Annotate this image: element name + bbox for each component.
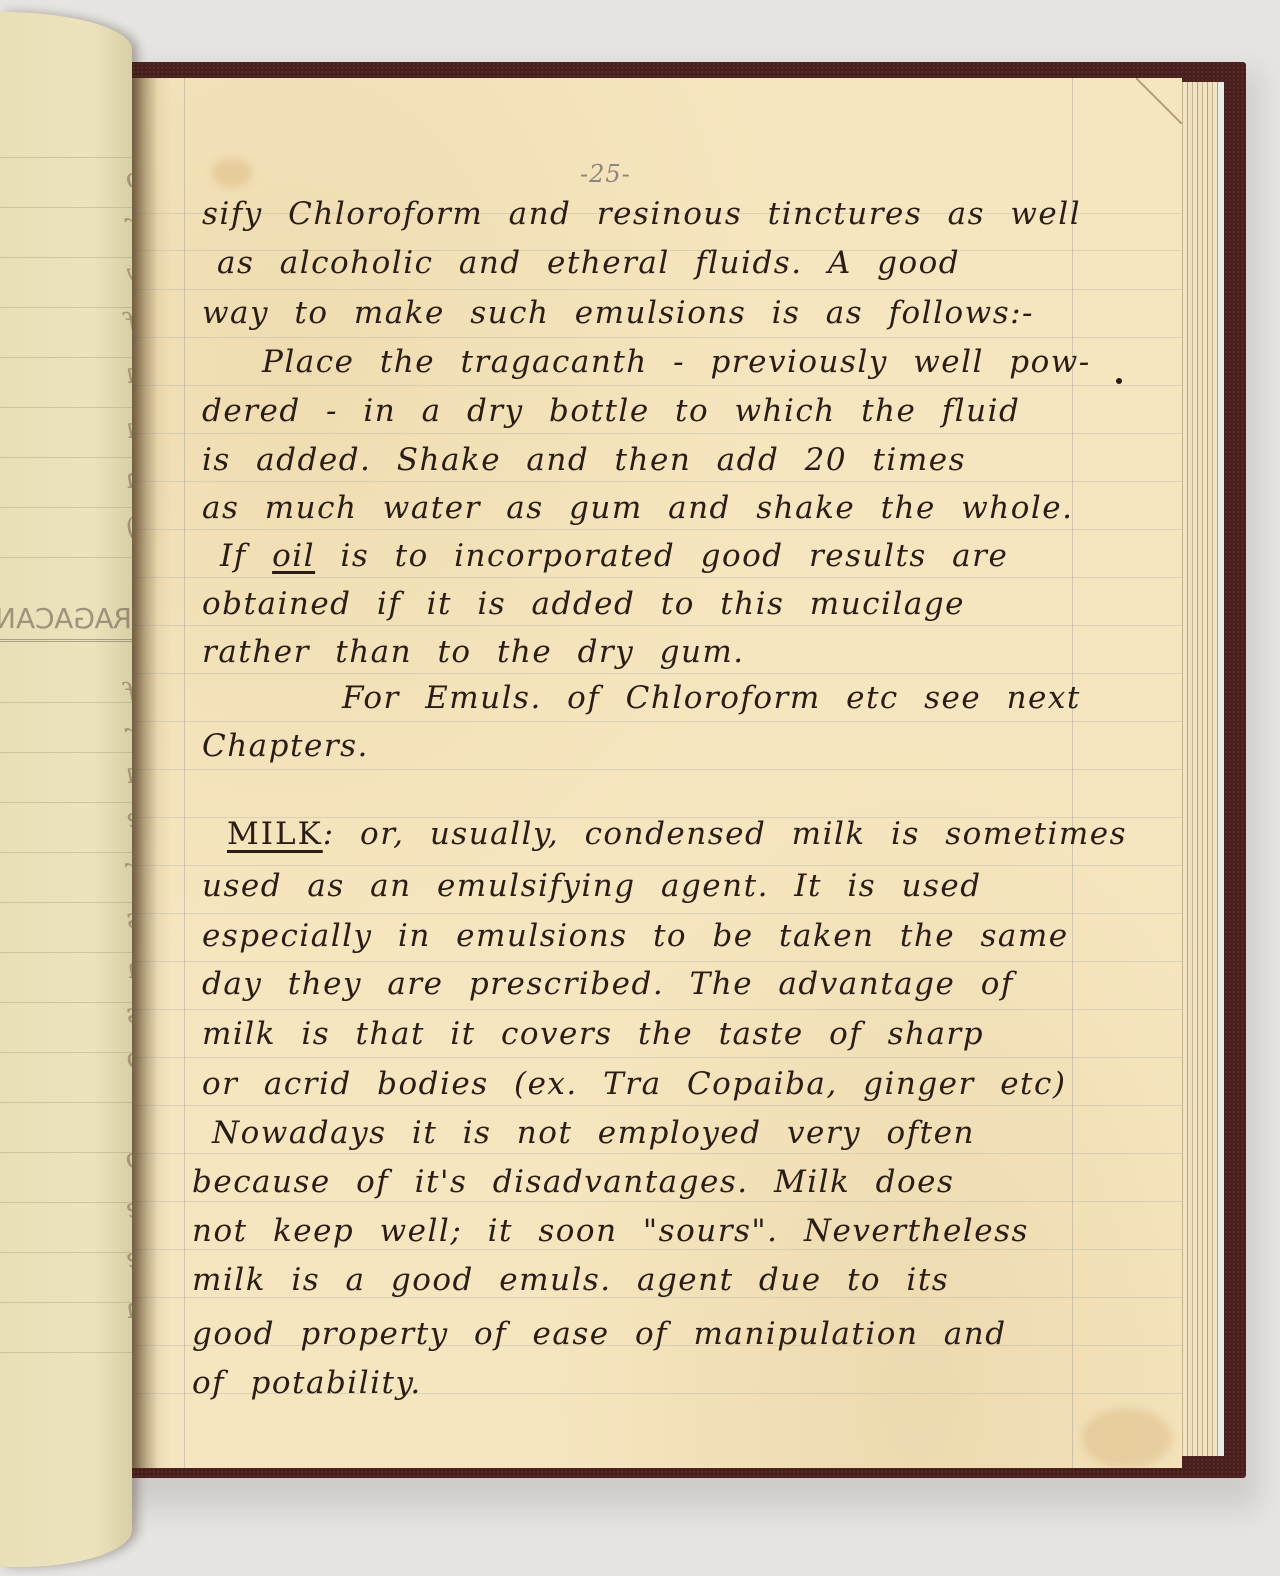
- handwritten-line: If oil is to incorporated good results a…: [220, 538, 1008, 574]
- handwritten-line: Chapters.: [202, 728, 369, 764]
- handwritten-line: dered - in a dry bottle to which the flu…: [202, 393, 1020, 429]
- section-heading-milk: MILK: [227, 816, 323, 852]
- facing-text-fragment: ust else: [126, 1242, 132, 1275]
- facing-text-fragment: ster. This: [126, 902, 132, 935]
- facing-ruled-line: [0, 457, 132, 458]
- facing-heading-fragment: RAGACAN: [0, 602, 132, 642]
- handwritten-line: way to make such emulsions is as follows…: [202, 295, 1034, 331]
- handwritten-line: Place the tragacanth - previously well p…: [262, 344, 1091, 380]
- facing-text-fragment: d. It is: [126, 997, 132, 1030]
- facing-ruled-line: [0, 1252, 132, 1253]
- handwritten-line: not keep well; it soon "sours". Neverthe…: [192, 1213, 1029, 1249]
- ruled-line: [132, 289, 1182, 290]
- handwritten-line: because of it's disadvantages. Milk does: [192, 1164, 954, 1200]
- ruled-line: [132, 961, 1182, 962]
- ruled-line: [132, 1105, 1182, 1106]
- facing-text-fragment: hild which: [126, 952, 132, 985]
- handwritten-line: as alcoholic and etheral fluids. A good: [217, 245, 960, 281]
- facing-ruled-line: [0, 852, 132, 853]
- ruled-line: [132, 337, 1182, 338]
- ruled-line: [132, 1009, 1182, 1010]
- facing-text-fragment: sub mea: [126, 412, 132, 445]
- ruled-line: [132, 385, 1182, 386]
- facing-text-fragment: y Liacer: [126, 207, 132, 240]
- handwritten-line: of potability.: [192, 1365, 422, 1401]
- handwritten-line: milk is that it covers the taste of shar…: [202, 1016, 984, 1052]
- handwritten-line: sify Chloroform and resinous tinctures a…: [202, 196, 1081, 232]
- paper-stain: [212, 158, 252, 188]
- handwritten-line: is added. Shake and then add 20 times: [202, 442, 966, 478]
- facing-ruled-line: [0, 357, 132, 358]
- line-text: is to incorporated good results are: [315, 538, 1008, 574]
- handwritten-line: MILK: or, usually, condensed milk is som…: [227, 816, 1127, 852]
- handwritten-line: or acrid bodies (ex. Tra Copaiba, ginger…: [202, 1066, 1066, 1102]
- ruled-line: [132, 1201, 1182, 1202]
- facing-text-fragment: uance of: [126, 677, 132, 710]
- facing-ruled-line: [0, 952, 132, 953]
- paper-stain: [1082, 1408, 1172, 1468]
- facing-ruled-line: [0, 1302, 132, 1303]
- facing-ruled-line: [0, 257, 132, 258]
- facing-ruled-line: [0, 307, 132, 308]
- ruled-line: [132, 769, 1182, 770]
- facing-ruled-line: [0, 1102, 132, 1103]
- facing-ruled-line: [0, 557, 132, 558]
- handwritten-line: used as an emulsifying agent. It is used: [202, 868, 982, 904]
- facing-ruled-line: [0, 207, 132, 208]
- facing-ruled-line: [0, 902, 132, 903]
- facing-text-fragment: water: [126, 717, 132, 750]
- ruled-line: [132, 529, 1182, 530]
- facing-text-fragment: mucilage: [126, 802, 132, 835]
- ruled-line: [132, 433, 1182, 434]
- line-text: If: [220, 538, 272, 574]
- facing-ruled-line: [0, 407, 132, 408]
- facing-text-fragment: milk is to: [126, 1142, 132, 1175]
- facing-page: unia alco y Liacer us preserv mucilage o…: [0, 12, 132, 1567]
- facing-ruled-line: [0, 157, 132, 158]
- facing-text-fragment: weight o: [126, 1042, 132, 1075]
- facing-text-fragment: l of Almon: [126, 462, 132, 495]
- handwritten-line: Nowadays it is not employed very often: [212, 1115, 975, 1151]
- facing-text-fragment: than: [126, 1292, 132, 1325]
- facing-text-fragment: is prepar: [126, 852, 132, 885]
- facing-text-fragment: ismo" Ira: [126, 757, 132, 790]
- ruled-line: [132, 865, 1182, 866]
- ruled-line: [132, 481, 1182, 482]
- facing-text-fragment: mucilage of: [126, 307, 132, 340]
- underlined-word-oil: oil: [272, 538, 315, 574]
- ruled-line: [132, 673, 1182, 674]
- facing-text-fragment: us preserv: [126, 257, 132, 290]
- ruled-line: [132, 913, 1182, 914]
- handwritten-line: day they are prescribed. The advantage o…: [202, 966, 1014, 1002]
- handwritten-line: rather than to the dry gum.: [202, 634, 745, 670]
- ink-dot: [1116, 378, 1122, 384]
- page-corner-fold: [1136, 78, 1182, 124]
- facing-text-fragment: unia alco: [126, 162, 132, 195]
- facing-text-fragment: ther Sodia: [126, 357, 132, 390]
- ruled-line: [132, 1249, 1182, 1250]
- facing-text-fragment: Emuls are: [126, 1192, 132, 1225]
- facing-text-fragment: ie 781): [126, 512, 132, 545]
- handwritten-line: especially in emulsions to be taken the …: [202, 918, 1069, 954]
- handwritten-line: as much water as gum and shake the whole…: [202, 490, 1073, 526]
- facing-ruled-line: [0, 1352, 132, 1353]
- facing-ruled-line: [0, 1202, 132, 1203]
- left-margin-line: [184, 78, 185, 1468]
- ruled-line: [132, 721, 1182, 722]
- ruled-line: [132, 577, 1182, 578]
- facing-ruled-line: [0, 802, 132, 803]
- ruled-line: [132, 1153, 1182, 1154]
- line-text: : or, usually, condensed milk is sometim…: [323, 816, 1127, 852]
- handwritten-line: good property of ease of manipulation an…: [192, 1316, 1007, 1352]
- page-number: -25-: [580, 160, 631, 188]
- handwritten-line: obtained if it is added to this mucilage: [202, 586, 965, 622]
- notebook-page: -25- sify Chloroform and resinous tinctu…: [132, 78, 1182, 1468]
- facing-ruled-line: [0, 752, 132, 753]
- facing-ruled-line: [0, 702, 132, 703]
- facing-ruled-line: [0, 1002, 132, 1003]
- facing-ruled-line: [0, 1052, 132, 1053]
- right-margin-line: [1072, 78, 1073, 1468]
- handwritten-line: For Emuls. of Chloroform etc see next: [342, 680, 1081, 716]
- ruled-line: [132, 625, 1182, 626]
- gutter-shadow: [128, 78, 158, 1468]
- handwritten-line: milk is a good emuls. agent due to its: [192, 1262, 949, 1298]
- facing-ruled-line: [0, 507, 132, 508]
- facing-ruled-line: [0, 1152, 132, 1153]
- ruled-line: [132, 1057, 1182, 1058]
